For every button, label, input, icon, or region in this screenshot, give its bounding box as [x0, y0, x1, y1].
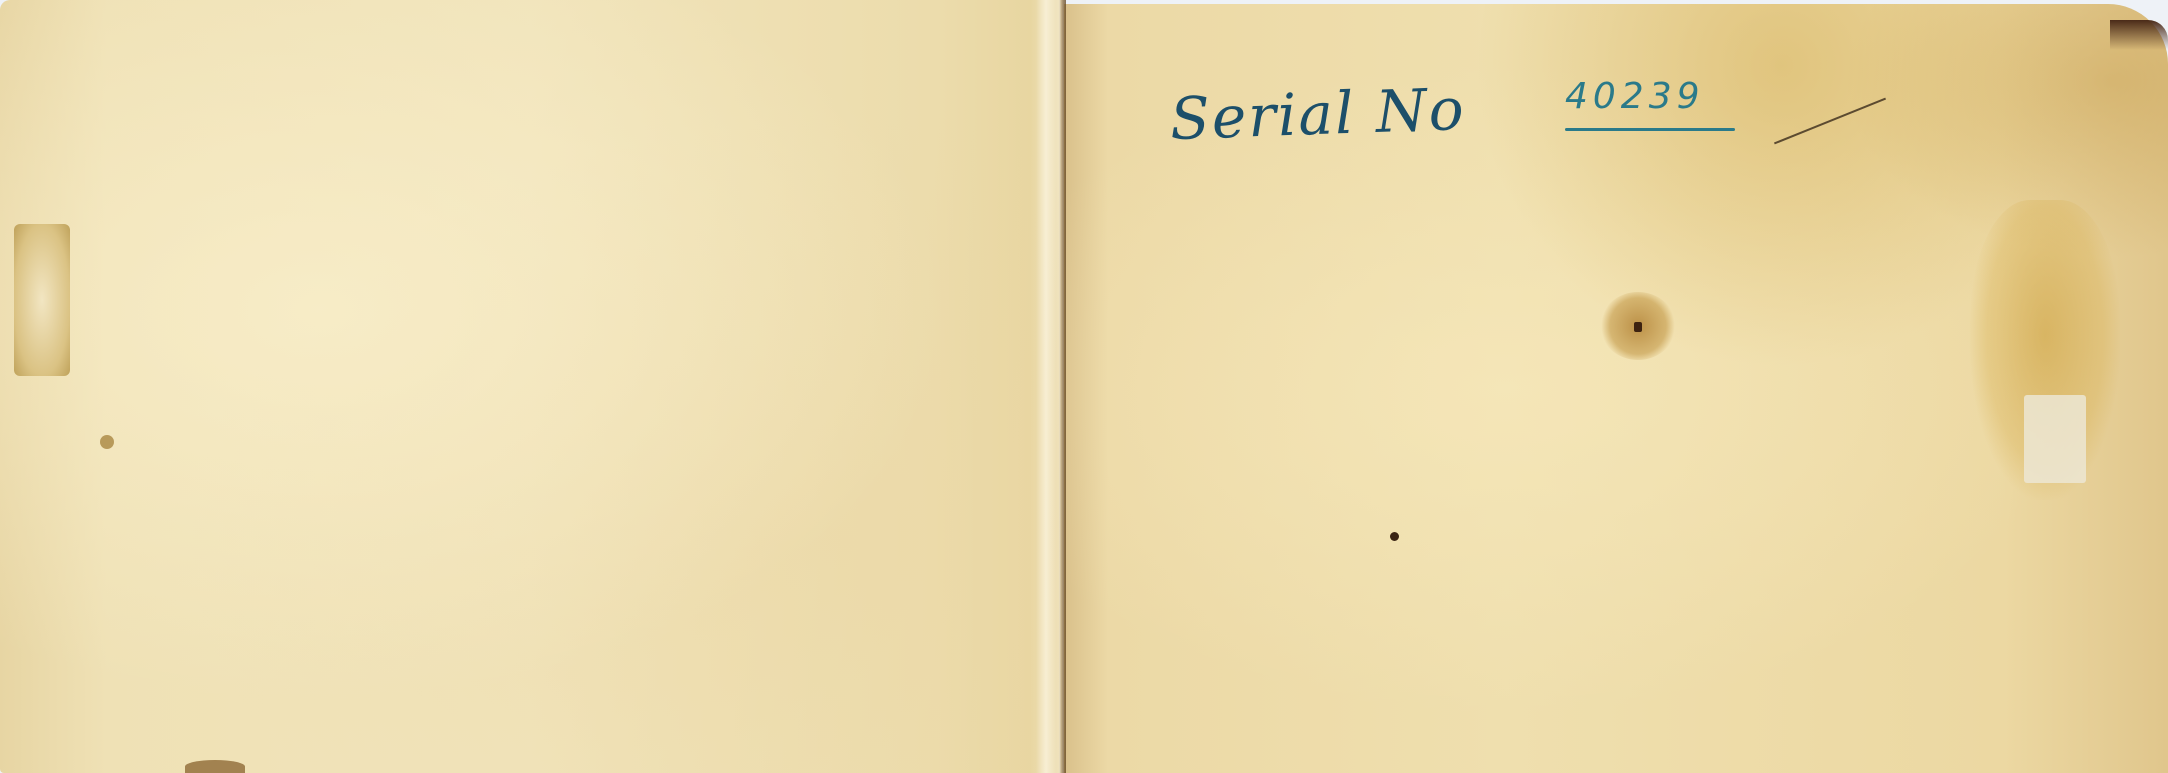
handwritten-serial: Serial No 40239 [1130, 70, 1830, 180]
spot-core [1634, 322, 1642, 332]
binding-spine [1059, 0, 1066, 773]
worn-corner-edge [2110, 20, 2168, 50]
bottom-edge-stain [185, 760, 245, 773]
fold-highlight [1036, 0, 1056, 773]
left-page [0, 0, 1062, 773]
serial-number: 40239 [1565, 76, 1705, 117]
paper-blemish [100, 435, 114, 449]
tape-remnant-right [2024, 395, 2086, 483]
serial-label: Serial No [1169, 75, 1467, 153]
scanned-booklet-spread: Serial No 40239 [0, 0, 2168, 773]
ink-dot [1390, 532, 1399, 541]
tape-remnant-left [14, 224, 70, 376]
serial-underline [1565, 128, 1735, 131]
